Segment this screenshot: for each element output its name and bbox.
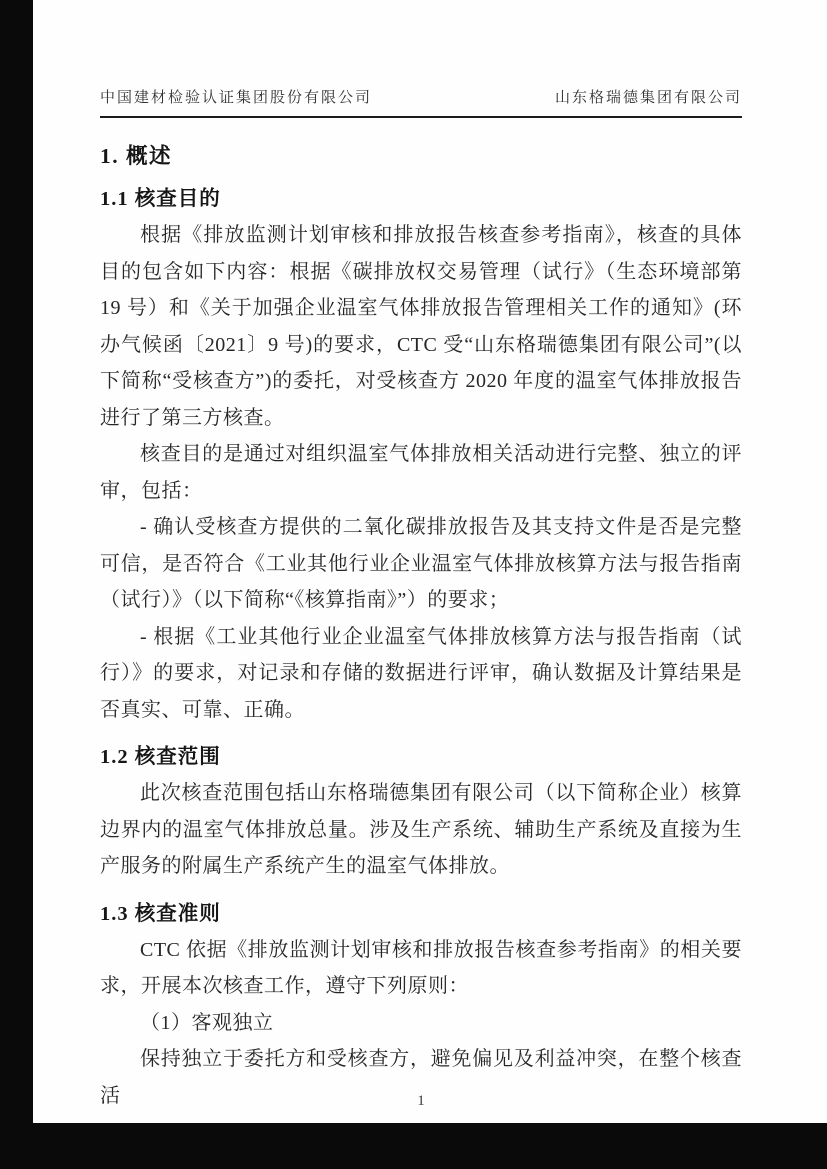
page-footer: 1: [100, 1093, 742, 1110]
header-right-company: 山东格瑞德集团有限公司: [555, 86, 742, 107]
subsection-heading-1-3: 1.3 核查准则: [100, 901, 742, 927]
subsection-heading-1-1: 1.1 核查目的: [100, 186, 742, 212]
page-number: 1: [417, 1093, 425, 1109]
paragraph-principle-1-title: （1）客观独立: [100, 1005, 742, 1042]
subsection-heading-1-2: 1.2 核查范围: [100, 744, 742, 770]
page-header: 中国建材检验认证集团股份有限公司 山东格瑞德集团有限公司: [100, 86, 742, 118]
section-heading-overview: 1. 概述: [100, 142, 742, 170]
paragraph-verification-scope: 此次核查范围包括山东格瑞德集团有限公司（以下简称企业）核算边界内的温室气体排放总…: [100, 775, 742, 885]
scan-edge-bottom: [0, 1123, 827, 1169]
paragraph-verification-criteria: CTC 依据《排放监测计划审核和排放报告核查参考指南》的相关要求，开展本次核查工…: [100, 932, 742, 1005]
scan-edge-left: [0, 0, 33, 1169]
paragraph-bullet-confirm-report: - 确认受核查方提供的二氧化碳排放报告及其支持文件是否是完整可信，是否符合《工业…: [100, 509, 742, 619]
paragraph-verification-purpose-basis: 根据《排放监测计划审核和排放报告核查参考指南》，核查的具体目的包含如下内容：根据…: [100, 217, 742, 436]
paragraph-verification-purpose-review: 核查目的是通过对组织温室气体排放相关活动进行完整、独立的评审，包括：: [100, 436, 742, 509]
paragraph-bullet-data-review: - 根据《工业其他行业企业温室气体排放核算方法与报告指南（试行）》的要求，对记录…: [100, 619, 742, 729]
document-page: 中国建材检验认证集团股份有限公司 山东格瑞德集团有限公司 1. 概述 1.1 核…: [33, 0, 827, 1123]
header-left-company: 中国建材检验认证集团股份有限公司: [100, 86, 372, 107]
